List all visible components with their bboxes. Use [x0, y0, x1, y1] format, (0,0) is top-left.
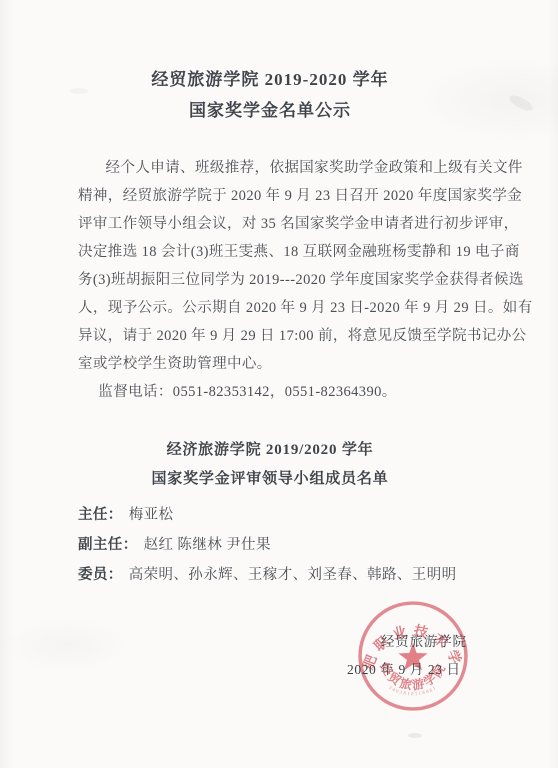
official-red-seal: 合肥职业技术学院 经贸旅游学院 3403810118061: [356, 599, 470, 713]
body-line: 务(3)班胡振阳三位同学为 2019---2020 学年度国家奖学金获得者候选: [78, 266, 518, 294]
committee-row-members: 委员：高荣明、孙永辉、王稼才、刘圣春、韩路、王明明: [78, 560, 518, 590]
committee-row-label: 副主任：: [78, 537, 138, 553]
announcement-body: 经个人申请、班级推荐，依据国家奖助学金政策和上级有关文件 精神，经贸旅游学院于 …: [78, 154, 518, 378]
committee-member-list: 主任：梅亚松 副主任：赵红 陈继林 尹仕果 委员：高荣明、孙永辉、王稼才、刘圣春…: [78, 500, 518, 590]
scan-smudge: [507, 92, 535, 113]
document-title-line1: 经贸旅游学院 2019-2020 学年: [60, 64, 480, 95]
body-line: 评审工作领导小组会议，对 35 名国家奖学金申请者进行初步评审，: [78, 210, 518, 238]
signature-date: 2020 年 9 月 23 日: [347, 658, 461, 678]
committee-row-names: 高荣明、孙永辉、王稼才、刘圣春、韩路、王明明: [129, 567, 457, 583]
committee-row-director: 主任：梅亚松: [78, 500, 518, 530]
body-line: 精神，经贸旅游学院于 2020 年 9 月 23 日召开 2020 年度国家奖学…: [78, 182, 518, 210]
document-title: 经贸旅游学院 2019-2020 学年 国家奖学金名单公示: [60, 64, 480, 126]
committee-title-line2: 国家奖学金评审领导小组成员名单: [60, 465, 480, 494]
supervision-phone-line: 监督电话：0551-82353142，0551-82364390。: [78, 378, 518, 406]
scan-smudge: [408, 733, 422, 738]
signature-department: 经贸旅游学院: [381, 630, 467, 650]
committee-row-names: 梅亚松: [129, 507, 174, 523]
body-line: 异议，请于 2020 年 9 月 29 日 17:00 前，将意见反馈至学院书记…: [78, 322, 518, 350]
body-line: 人，现予公示。公示期自 2020 年 9 月 23 日-2020 年 9 月 2…: [78, 294, 518, 322]
body-line: 室或学校学生资助管理中心。: [78, 350, 518, 378]
committee-title: 经济旅游学院 2019/2020 学年 国家奖学金评审领导小组成员名单: [60, 436, 480, 494]
body-line: 决定推选 18 会计(3)班王雯燕、18 互联网金融班杨雯静和 19 电子商: [78, 238, 518, 266]
committee-row-deputy-directors: 副主任：赵红 陈继林 尹仕果: [78, 530, 518, 560]
document-title-line2: 国家奖学金名单公示: [60, 95, 480, 126]
body-line: 经个人申请、班级推荐，依据国家奖助学金政策和上级有关文件: [78, 154, 518, 182]
committee-row-names: 赵红 陈继林 尹仕果: [144, 537, 271, 553]
committee-title-line1: 经济旅游学院 2019/2020 学年: [60, 436, 480, 465]
committee-row-label: 委员：: [78, 567, 123, 583]
scanned-document-page: 经贸旅游学院 2019-2020 学年 国家奖学金名单公示 经个人申请、班级推荐…: [0, 0, 558, 768]
committee-row-label: 主任：: [78, 507, 123, 523]
